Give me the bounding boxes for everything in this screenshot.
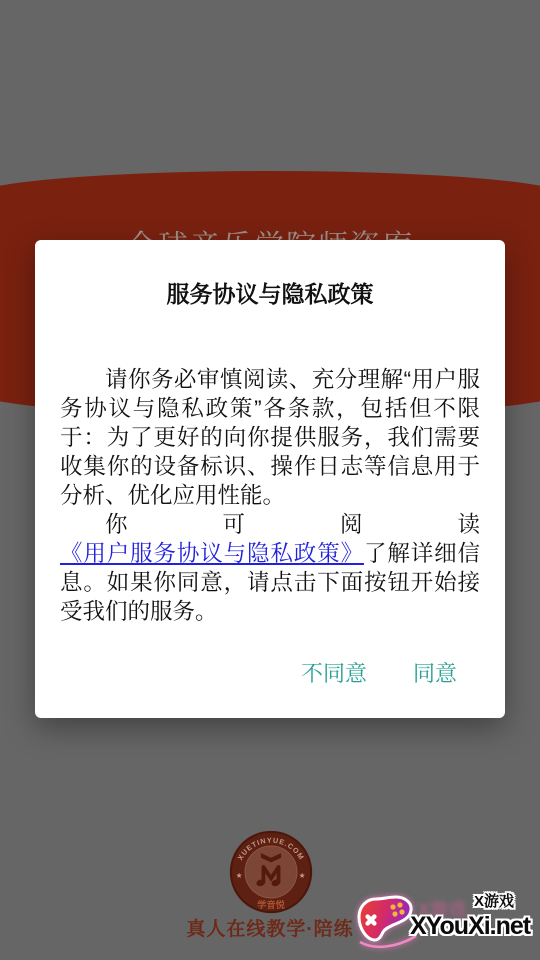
dialog-actions: 不同意 同意 xyxy=(291,649,467,696)
xuetinyue-logo-badge: XUETINYUE.COM ★ ★ 学音悦 xyxy=(229,830,313,914)
xyouxi-watermark: X游戏 X游戏 XYouXi.net xyxy=(354,890,540,956)
badge-bottom-text: 学音悦 xyxy=(257,899,285,910)
dialog-paragraph-2: 你可阅读《用户服务协议与隐私政策》了解详细信息。如果你同意，请点击下面按钮开始接… xyxy=(60,510,480,626)
dialog-body: 请你务必审慎阅读、充分理解“用户服务协议与隐私政策”各条款，包括但不限于：为了更… xyxy=(60,365,480,626)
badge-star-right: ★ xyxy=(299,871,306,880)
privacy-dialog: 服务协议与隐私政策 请你务必审慎阅读、充分理解“用户服务协议与隐私政策”各条款，… xyxy=(35,240,505,718)
badge-star-left: ★ xyxy=(236,871,243,880)
paragraph2-prefix: 你可阅读 xyxy=(105,512,480,537)
badge-inner-disc xyxy=(245,846,297,898)
watermark-site-name: XYouXi.net xyxy=(410,912,530,941)
privacy-policy-link[interactable]: 《用户服务协议与隐私政策》 xyxy=(60,541,364,566)
watermark-label: X游戏 xyxy=(474,890,514,911)
app-screen: 全球音乐学院师资库 XUETINYUE.COM ★ ★ 学音悦 真人在线教学·陪… xyxy=(0,0,540,960)
disagree-button[interactable]: 不同意 xyxy=(291,649,377,696)
dialog-paragraph-1: 请你务必审慎阅读、充分理解“用户服务协议与隐私政策”各条款，包括但不限于：为了更… xyxy=(60,365,480,510)
gamepad-icon xyxy=(354,892,418,952)
dialog-title: 服务协议与隐私政策 xyxy=(35,276,505,309)
agree-button[interactable]: 同意 xyxy=(403,649,467,696)
